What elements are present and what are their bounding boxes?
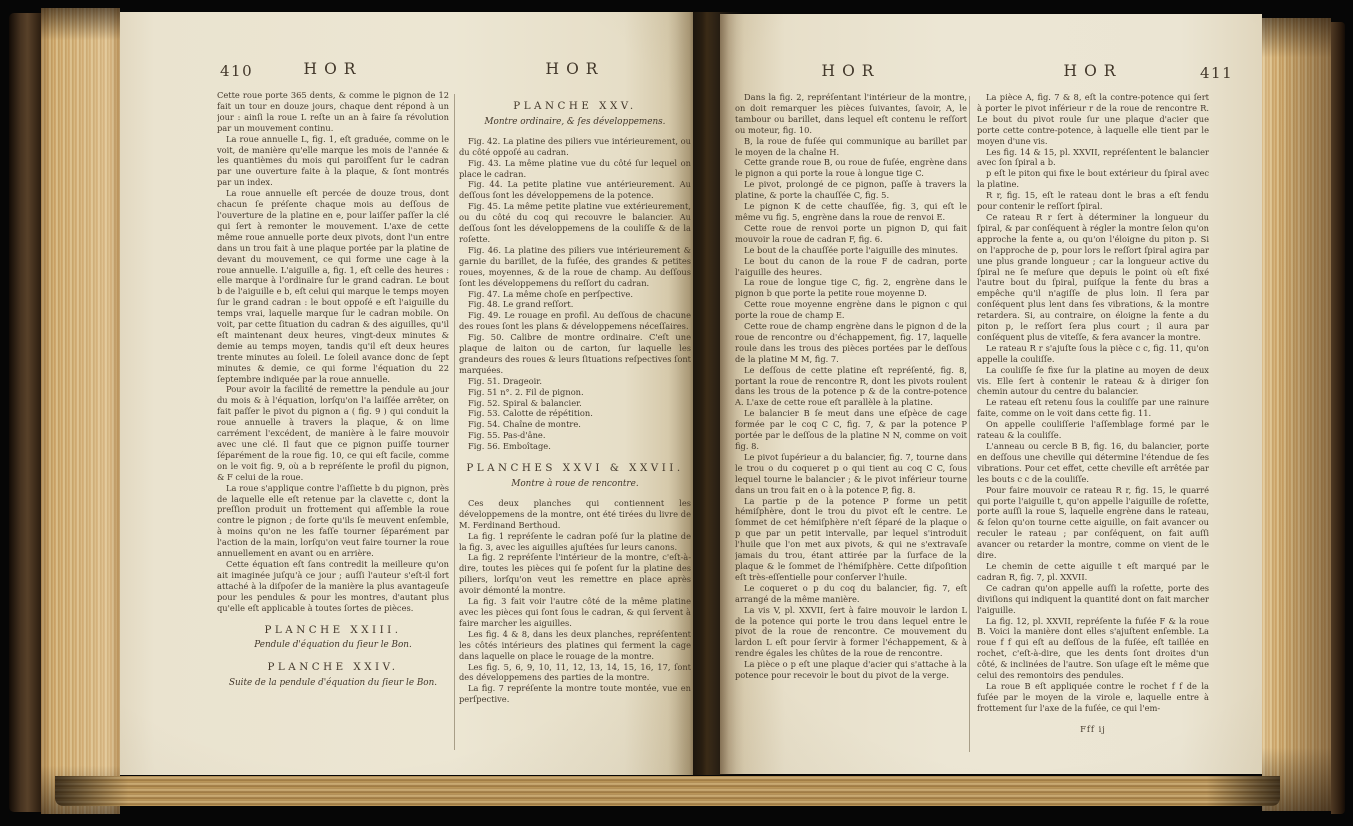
paragraph: Le pivot ſupérieur a du balancier, fig. …	[735, 452, 967, 496]
plate-subtitle: Pendule d'équation du ſieur le Bon.	[217, 640, 449, 651]
running-head-hor-3: HOR	[735, 62, 967, 80]
paragraph: La fig. 2 repréſente l'intérieur de la m…	[459, 552, 691, 596]
paragraph: Le bout de la chauſſée porte l'aiguille …	[735, 245, 967, 256]
column-divider-rule-left	[454, 94, 455, 750]
paragraph: Fig. 47. La même choſe en perſpective.	[459, 289, 691, 300]
paragraph: Le rateau R r s'ajuſte ſous la pièce c c…	[977, 343, 1209, 365]
plate-heading: PLANCHES XXVI & XXVII.	[459, 463, 691, 474]
paragraph: Le chemin de cette aiguille t eſt marqué…	[977, 561, 1209, 583]
paragraph: Le balancier B ſe meut dans une eſpèce d…	[735, 408, 967, 452]
paragraph: Fig. 49. Le rouage en profil. Au deſſous…	[459, 310, 691, 332]
text-column-3: Dans la fig. 2, repréſentant l'intérieur…	[735, 92, 967, 782]
paragraph: Les fig. 4 & 8, dans les deux planches, …	[459, 629, 691, 662]
paragraph: R r, fig. 15, eſt le rateau dont le bras…	[977, 190, 1209, 212]
paragraph: La partie p de la potence P forme un pet…	[735, 496, 967, 583]
paragraph: La roue annuelle eſt percée de douze tro…	[217, 188, 449, 384]
paragraph: Cette roue moyenne engrène dans le pigno…	[735, 299, 967, 321]
paragraph: Fig. 42. La platine des piliers vue inté…	[459, 136, 691, 158]
paragraph: La pièce A, fig. 7 & 8, eſt la contre-po…	[977, 92, 1209, 147]
paragraph: Ces deux planches qui contiennent les dé…	[459, 498, 691, 531]
book-cover-right-edge	[1331, 22, 1345, 814]
paragraph: La roue annuelle L, fig. 1, eſt graduée,…	[217, 134, 449, 189]
right-page: 411 HOR HOR Dans la fig. 2, repréſentant…	[720, 14, 1262, 774]
paragraph: Fig. 52. Spiral & balancier.	[459, 398, 691, 409]
paragraph: Cette grande roue B, ou roue de fuſée, e…	[735, 157, 967, 179]
page-stack-fore-edge-left	[41, 8, 120, 814]
running-head-hor-1: HOR	[217, 60, 449, 78]
signature-mark: Fff ij	[977, 724, 1209, 735]
paragraph: Fig. 43. La même platine vue du côté ſur…	[459, 158, 691, 180]
paragraph: On appelle couliſſerie l'aſſemblage form…	[977, 419, 1209, 441]
paragraph: La fig. 7 repréſente la montre toute mon…	[459, 683, 691, 705]
paragraph: Les fig. 14 & 15, pl. XXVII, repréſenten…	[977, 147, 1209, 169]
plate-subtitle: Suite de la pendule d'équation du ſieur …	[217, 678, 449, 689]
paragraph: La fig. 3 fait voir l'autre côté de la m…	[459, 596, 691, 629]
running-head-hor-4: HOR	[977, 62, 1209, 80]
paragraph: Dans la fig. 2, repréſentant l'intérieur…	[735, 92, 967, 136]
paragraph: Pour avoir la facilité de remettre la pe…	[217, 384, 449, 482]
paragraph: Le bout du canon de la roue F de cadran,…	[735, 256, 967, 278]
plate-subtitle: Montre ordinaire, & ſes développemens.	[459, 117, 691, 128]
paragraph: La pièce o p eſt une plaque d'acier qui …	[735, 659, 967, 681]
text-column-4: La pièce A, fig. 7 & 8, eſt la contre-po…	[977, 92, 1209, 782]
left-page: 410 HOR HOR Cette roue porte 365 dents, …	[120, 12, 693, 775]
book-cover-left-edge	[9, 13, 41, 812]
paragraph: Fig. 46. La platine des piliers vue inté…	[459, 245, 691, 289]
paragraph: Le rateau eſt retenu ſous la couliſſe pa…	[977, 397, 1209, 419]
paragraph: Fig. 51. Drageoir.	[459, 376, 691, 387]
paragraph: Ce cadran qu'on appelle auſſi la roſette…	[977, 583, 1209, 616]
paragraph: B, la roue de fuſée qui communique au ba…	[735, 136, 967, 158]
paragraph: Le deſſous de cette platine eſt repréſen…	[735, 365, 967, 409]
paragraph: Fig. 53. Calotte de répétition.	[459, 408, 691, 419]
paragraph: Le pignon K de cette chauſſée, fig. 3, q…	[735, 201, 967, 223]
paragraph: Cette équation eſt ſans contredit la mei…	[217, 559, 449, 614]
paragraph: Cette roue de renvoi porte un pignon D, …	[735, 223, 967, 245]
paragraph: Fig. 54. Chaîne de montre.	[459, 419, 691, 430]
plate-heading: PLANCHE XXV.	[459, 101, 691, 112]
paragraph: Fig. 56. Emboîtage.	[459, 441, 691, 452]
paragraph: Ce rateau R r ſert à déterminer la longu…	[977, 212, 1209, 343]
paragraph: Le coqueret o p du coq du balancier, fig…	[735, 583, 967, 605]
paragraph: La fig. 12, pl. XXVII, repréſente la fuſ…	[977, 616, 1209, 681]
paragraph: La roue s'applique contre l'aſſiette b d…	[217, 483, 449, 559]
paragraph: La fig. 1 repréſente le cadran poſé ſur …	[459, 531, 691, 553]
paragraph: Fig. 48. Le grand reſſort.	[459, 299, 691, 310]
paragraph: Pour faire mouvoir ce rateau R r, fig. 1…	[977, 485, 1209, 561]
paragraph: Le pivot, prolongé de ce pignon, paſſe à…	[735, 179, 967, 201]
page-stack-fore-edge-right	[1262, 18, 1331, 811]
text-column-1: Cette roue porte 365 dents, & comme le p…	[217, 90, 449, 780]
book-photo-background: 410 HOR HOR Cette roue porte 365 dents, …	[0, 0, 1353, 826]
plate-subtitle: Montre à roue de rencontre.	[459, 479, 691, 490]
paragraph: La couliſſe ſe fixe ſur la platine au mo…	[977, 365, 1209, 398]
paragraph: Fig. 51 n°. 2. Fil de pignon.	[459, 387, 691, 398]
paragraph: La roue de longue tige C, fig. 2, engrèn…	[735, 277, 967, 299]
paragraph: Fig. 44. La petite platine vue antérieur…	[459, 179, 691, 201]
column-divider-rule-right	[969, 96, 970, 752]
paragraph: p eſt le piton qui fixe le bout extérieu…	[977, 168, 1209, 190]
paragraph: La roue B eſt appliquée contre le rochet…	[977, 681, 1209, 714]
paragraph: Fig. 45. La même petite platine vue exté…	[459, 201, 691, 245]
paragraph: L'anneau ou cercle B B, fig. 16, du bala…	[977, 441, 1209, 485]
paragraph: Cette roue de champ engrène dans le pign…	[735, 321, 967, 365]
paragraph: Fig. 55. Pas-d'âne.	[459, 430, 691, 441]
paragraph: Fig. 50. Calibre de montre ordinaire. C'…	[459, 332, 691, 376]
running-head-hor-2: HOR	[459, 60, 691, 78]
plate-heading: PLANCHE XXIII.	[217, 625, 449, 636]
paragraph: Cette roue porte 365 dents, & comme le p…	[217, 90, 449, 134]
text-column-2: PLANCHE XXV.Montre ordinaire, & ſes déve…	[459, 90, 691, 780]
paragraph: La vis V, pl. XXVII, ſert à faire mouvoi…	[735, 605, 967, 660]
paragraph: Les fig. 5, 6, 9, 10, 11, 12, 13, 14, 15…	[459, 662, 691, 684]
plate-heading: PLANCHE XXIV.	[217, 662, 449, 673]
